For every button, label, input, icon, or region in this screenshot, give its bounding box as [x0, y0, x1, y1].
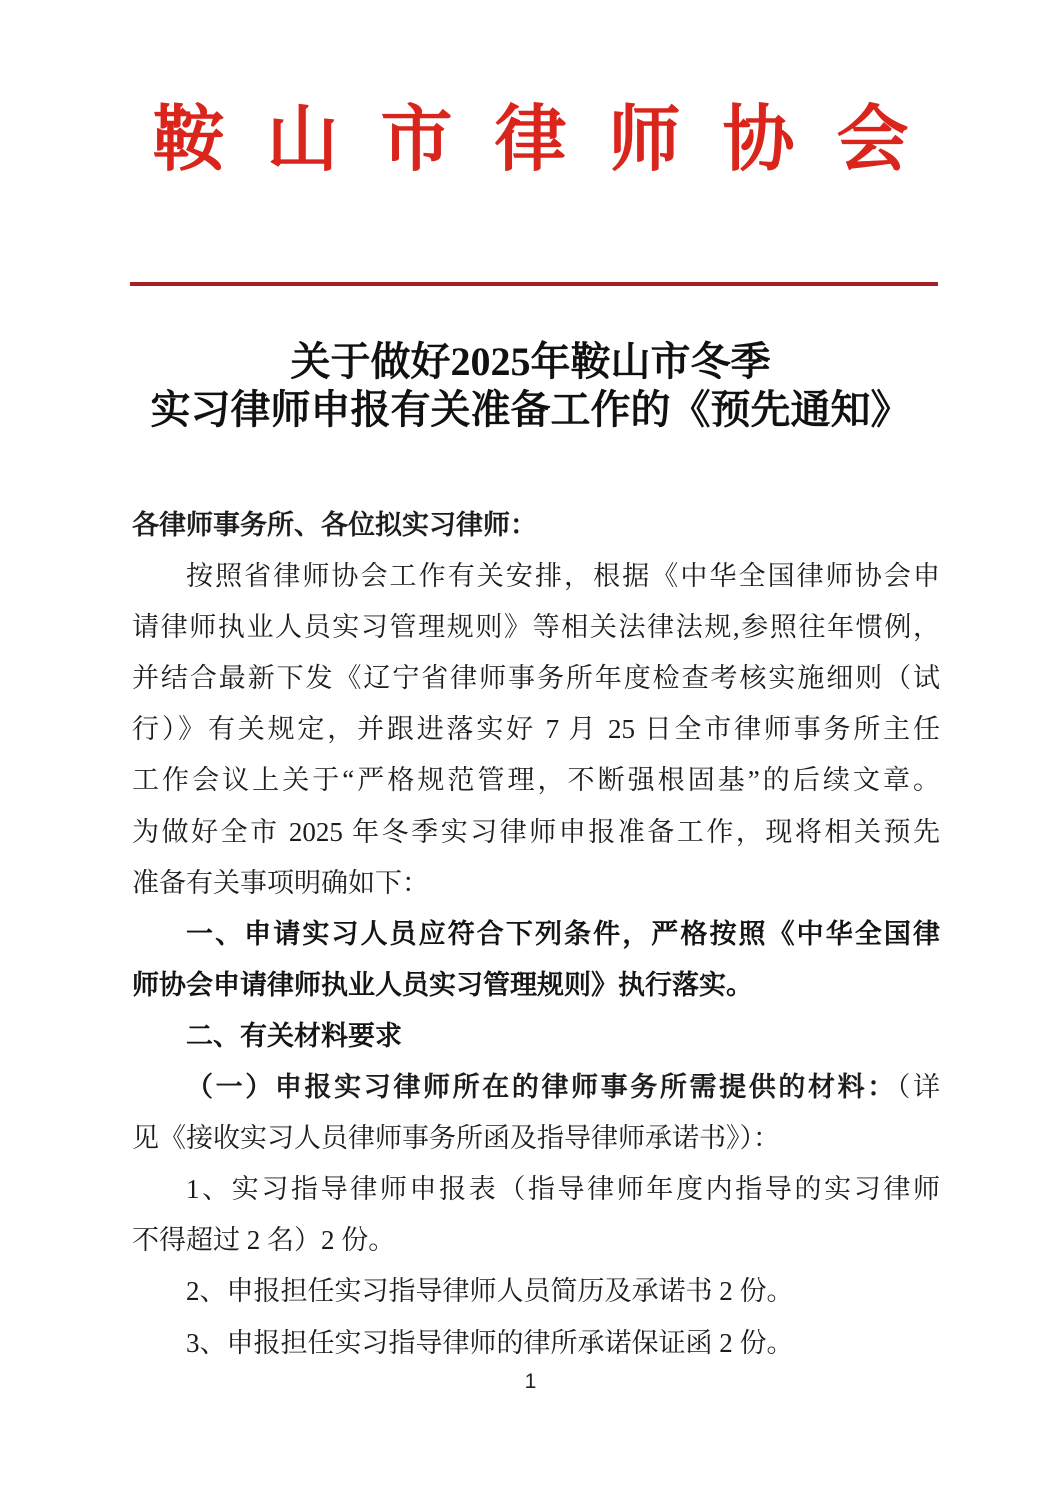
body-line: 为做好全市 2025 年冬季实习律师申报准备工作，现将相关预先	[132, 807, 940, 858]
document-title-line-1: 关于做好2025年鞍山市冬季	[0, 338, 1061, 386]
section-heading-1-line: 一、申请实习人员应符合下列条件，严格按照《中华全国律	[132, 909, 940, 960]
document-title-line-2: 实习律师申报有关准备工作的《预先通知》	[0, 386, 1061, 434]
page-number: 1	[0, 1370, 1061, 1394]
document-title: 关于做好2025年鞍山市冬季 实习律师申报有关准备工作的《预先通知》	[0, 338, 1061, 434]
body-line: 请律师执业人员实习管理规则》等相关法律法规,参照往年惯例，	[132, 602, 940, 653]
document-body: 各律师事务所、各位拟实习律师： 按照省律师协会工作有关安排，根据《中华全国律师协…	[132, 500, 940, 1369]
list-item: 3、申报担任实习指导律师的律所承诺保证函 2 份。	[132, 1318, 940, 1369]
subsection-heading-rest: （详	[897, 1072, 940, 1102]
subsection-heading-line: （一）申报实习律师所在的律师事务所需提供的材料：（详	[132, 1062, 940, 1113]
letterhead-org-title: 鞍山市律师协会	[0, 88, 1061, 192]
letterhead-divider	[130, 282, 938, 286]
body-line: 工作会议上关于“严格规范管理，不断强根固基”的后续文章。	[132, 755, 940, 806]
list-item: 不得超过 2 名）2 份。	[132, 1215, 940, 1266]
body-line: 见《接收实习人员律师事务所函及指导律师承诺书》）：	[132, 1113, 940, 1164]
section-heading-1-line: 师协会申请律师执业人员实习管理规则》执行落实。	[132, 960, 940, 1011]
salutation: 各律师事务所、各位拟实习律师：	[132, 500, 940, 551]
body-line: 并结合最新下发《辽宁省律师事务所年度检查考核实施细则（试	[132, 653, 940, 704]
body-line: 准备有关事项明确如下：	[132, 858, 940, 909]
body-line: 行）》有关规定，并跟进落实好 7 月 25 日全市律师事务所主任	[132, 704, 940, 755]
document-page: 鞍山市律师协会 关于做好2025年鞍山市冬季 实习律师申报有关准备工作的《预先通…	[0, 0, 1061, 1500]
list-item: 1、实习指导律师申报表（指导律师年度内指导的实习律师	[132, 1164, 940, 1215]
subsection-heading-bold-part: （一）申报实习律师所在的律师事务所需提供的材料：	[186, 1072, 897, 1102]
list-item: 2、申报担任实习指导律师人员简历及承诺书 2 份。	[132, 1266, 940, 1317]
section-heading-2: 二、有关材料要求	[132, 1011, 940, 1062]
body-line: 按照省律师协会工作有关安排，根据《中华全国律师协会申	[132, 551, 940, 602]
